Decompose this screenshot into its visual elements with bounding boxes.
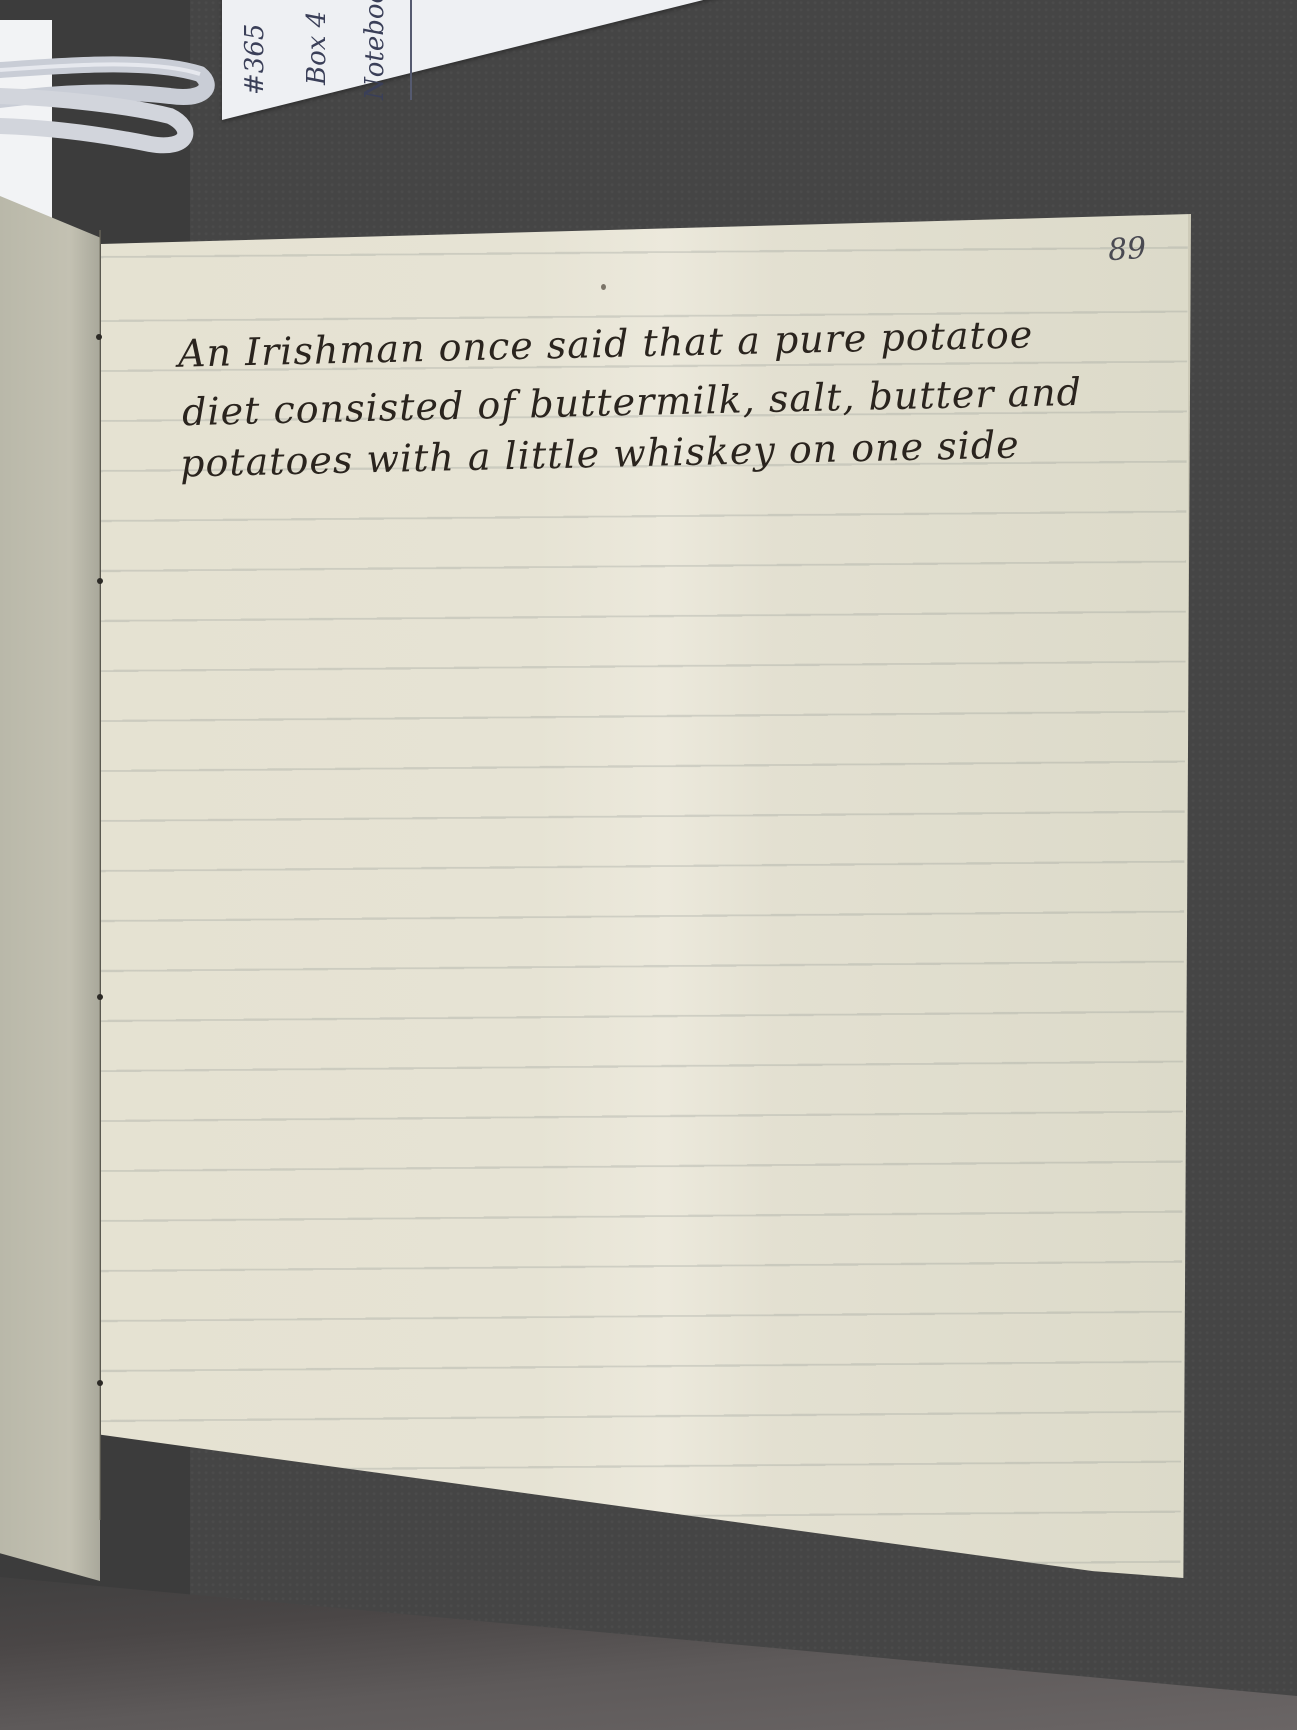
binding-stitch bbox=[97, 1380, 103, 1386]
binding-stitch bbox=[97, 578, 103, 584]
paper-speck bbox=[601, 284, 606, 290]
tag-item-number: #365 bbox=[240, 24, 270, 95]
binding-spine bbox=[99, 230, 101, 1520]
binding-stitch bbox=[96, 334, 102, 340]
tag-divider-line bbox=[410, 0, 412, 100]
binding-stitch bbox=[97, 994, 103, 1000]
tag-cord bbox=[0, 56, 215, 176]
page-number: 89 bbox=[1107, 231, 1148, 269]
left-page bbox=[0, 196, 100, 1581]
tag-box-number: Box 4 bbox=[302, 11, 332, 85]
tag-label: Notebook bbox=[360, 0, 390, 100]
catalog-tag-text: #365 Box 4 Notebook bbox=[230, 0, 430, 120]
